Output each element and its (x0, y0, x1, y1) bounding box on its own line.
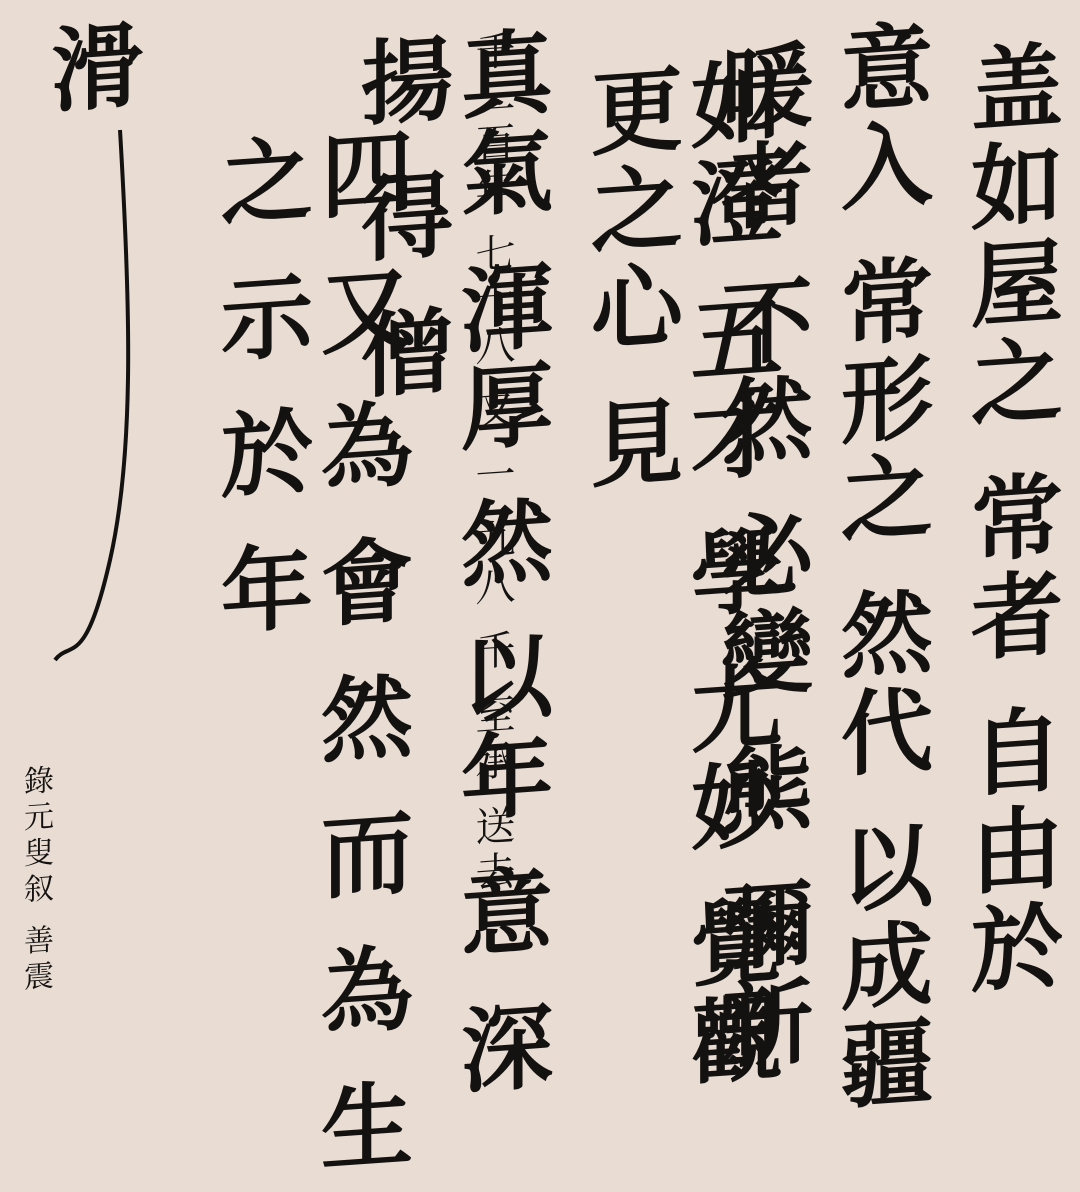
long-brush-stroke (0, 0, 1080, 1192)
signature-seal-text: 錄元叟叙 善震 (18, 764, 52, 998)
